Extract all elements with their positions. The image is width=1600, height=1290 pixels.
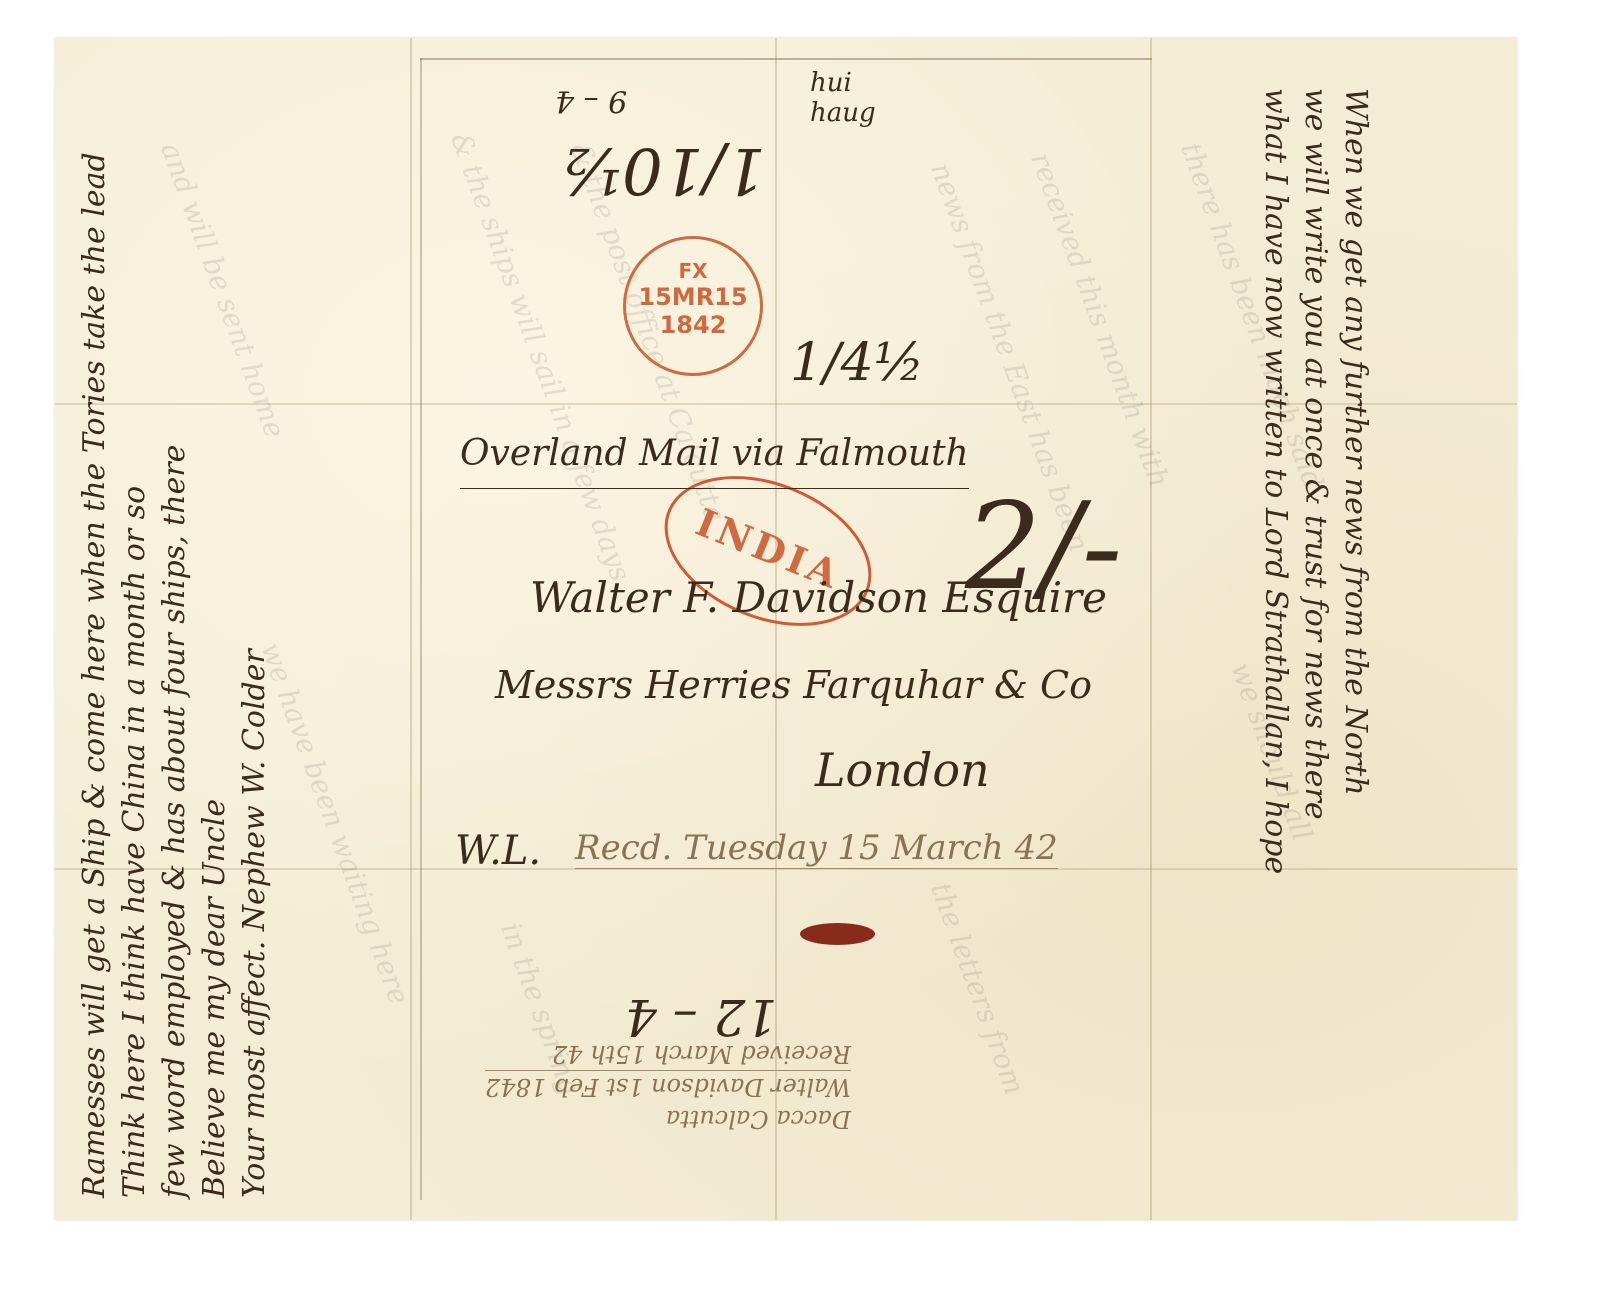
panel-border [420,58,1152,60]
receipt-note: Recd. Tuesday 15 March 42 [575,828,1058,869]
circular-datestamp: FX 15MR15 1842 [623,236,763,376]
route-endorsement: Overland Mail via Falmouth [460,433,969,489]
addressee-city: London [815,743,990,797]
letter-line: what I have now written to Lord Strathal… [1255,88,1295,1188]
left-panel-text: Ramesses will get a Ship & come here whe… [75,108,275,1198]
right-panel-text: When we get any further news from the No… [1255,88,1375,1188]
fold-line [410,38,412,1220]
bleed-through-text: the letters from [924,878,1031,1099]
letter-line: When we get any further news from the No… [1335,88,1375,1188]
postmark-line: 1842 [626,311,760,339]
docket-line: Dacca Calcutta [485,1103,851,1135]
rate-marking: 1/10½ [560,133,766,207]
fold-line [1150,38,1152,1220]
docket: Dacca Calcutta Walter Davidson 1st Feb 1… [485,1038,851,1135]
letter-line: Ramesses will get a Ship & come here whe… [75,108,115,1198]
letter-line: Think here I think have China in a month… [115,108,155,1198]
rate-marking: 1/4½ [790,333,924,393]
rate-marking: 9 – 4 [555,83,627,118]
signature: Your most affect. Nephew W. Colder [235,108,275,1198]
torn-fragment-text: hui [810,68,852,98]
wax-seal [800,923,875,945]
addressee-care-of: Messrs Herries Farquhar & Co [495,663,1092,707]
docket-line: Received March 15th 42 [485,1038,851,1071]
addressee-name: Walter F. Davidson Esquire [530,573,1107,622]
letter-line: few word employed & has about four ships… [155,108,195,1198]
docket-line: Walter Davidson 1st Feb 1842 [485,1071,851,1103]
sender-initials: W.L. [455,828,541,874]
letter-line: we will write you at once & trust for ne… [1295,88,1335,1188]
letter-line: Believe me my dear Uncle [195,108,235,1198]
postmark-line: 15MR15 [626,283,760,311]
panel-border [420,58,422,1200]
torn-fragment-text: haug [810,98,876,128]
bleed-through-text: we have been waiting here [254,638,416,1009]
letter-sheet: & the ships will sail in a few days & th… [55,38,1517,1220]
postmark-line: FX [626,259,760,283]
